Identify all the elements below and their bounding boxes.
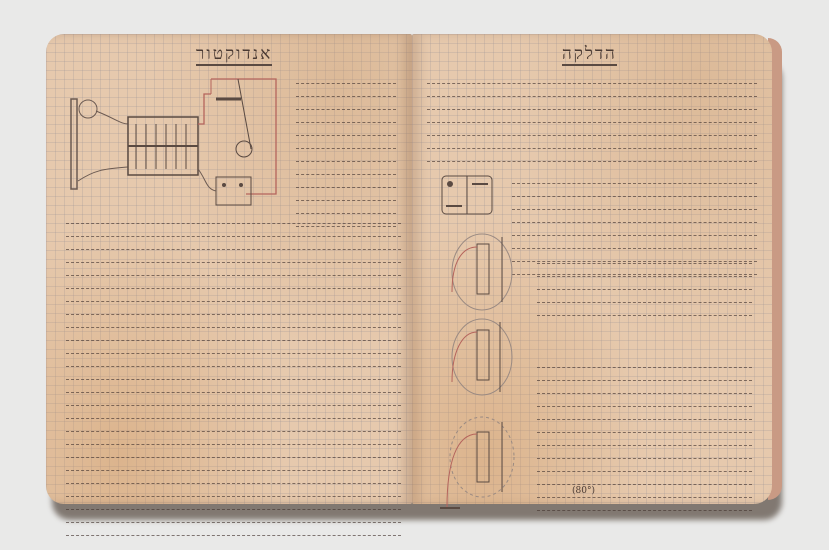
terminal-block-diagram (440, 174, 500, 224)
left-page-title: אנדוקטור (196, 44, 272, 66)
left-page-handwriting-top (296, 74, 396, 230)
left-page: אנדוקטור (46, 34, 412, 504)
left-page-handwriting-body (66, 214, 401, 539)
right-page-handwriting-lower (537, 254, 752, 514)
coil-field-diagrams (422, 232, 532, 512)
induction-coil-diagram (66, 69, 296, 209)
bottom-note: (80°) (572, 486, 595, 496)
right-page: הדלקה (412, 34, 772, 504)
right-page-handwriting-top (427, 74, 757, 165)
right-page-title: הדלקה (562, 44, 617, 66)
